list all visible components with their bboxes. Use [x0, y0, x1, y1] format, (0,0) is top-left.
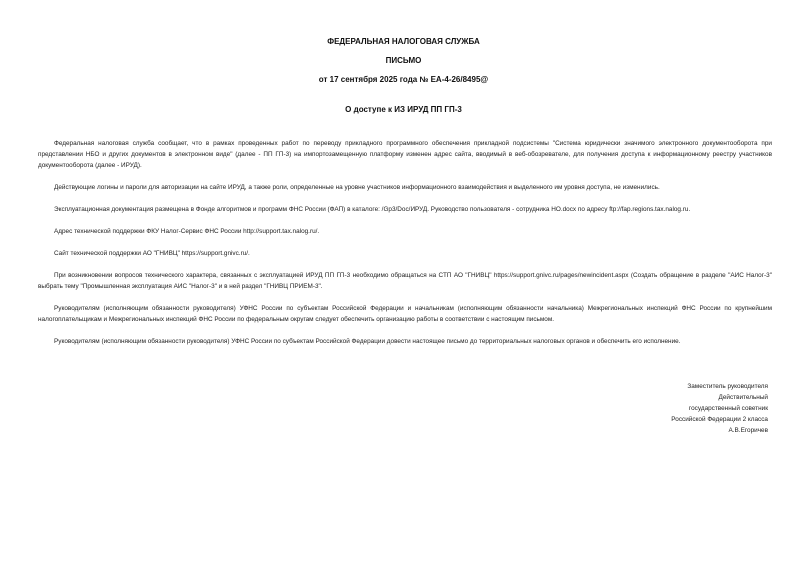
document-page: ФЕДЕРАЛЬНАЯ НАЛОГОВАЯ СЛУЖБА ПИСЬМО от 1…	[0, 0, 807, 571]
paragraph-8: Руководителям (исполняющим обязанности р…	[38, 336, 772, 347]
paragraph-4: Адрес технической поддержки ФКУ Налог-Се…	[38, 226, 772, 237]
signer-position-line-2: Действительный	[671, 392, 768, 403]
letter-body: Федеральная налоговая служба сообщает, ч…	[38, 138, 772, 358]
document-subject: О доступе к ИЗ ИРУД ПП ГП-3	[0, 105, 807, 115]
signer-position-line-4: Российской Федерации 2 класса	[671, 414, 768, 425]
paragraph-1: Федеральная налоговая служба сообщает, ч…	[38, 138, 772, 171]
signer-position-line-1: Заместитель руководителя	[671, 381, 768, 392]
document-type: ПИСЬМО	[0, 56, 807, 66]
paragraph-5: Сайт технической поддержки АО "ГНИВЦ" ht…	[38, 248, 772, 259]
paragraph-7: Руководителям (исполняющим обязанности р…	[38, 303, 772, 325]
signature-block: Заместитель руководителя Действительный …	[671, 381, 768, 436]
document-date-number: от 17 сентября 2025 года № ЕА-4-26/8495@	[0, 75, 807, 85]
signer-position-line-3: государственный советник	[671, 403, 768, 414]
paragraph-6: При возникновении вопросов технического …	[38, 270, 772, 292]
paragraph-3: Эксплуатационная документация размещена …	[38, 204, 772, 215]
paragraph-2: Действующие логины и пароли для авториза…	[38, 182, 772, 193]
signer-name: А.В.Егоричев	[671, 425, 768, 436]
agency-name: ФЕДЕРАЛЬНАЯ НАЛОГОВАЯ СЛУЖБА	[0, 37, 807, 47]
